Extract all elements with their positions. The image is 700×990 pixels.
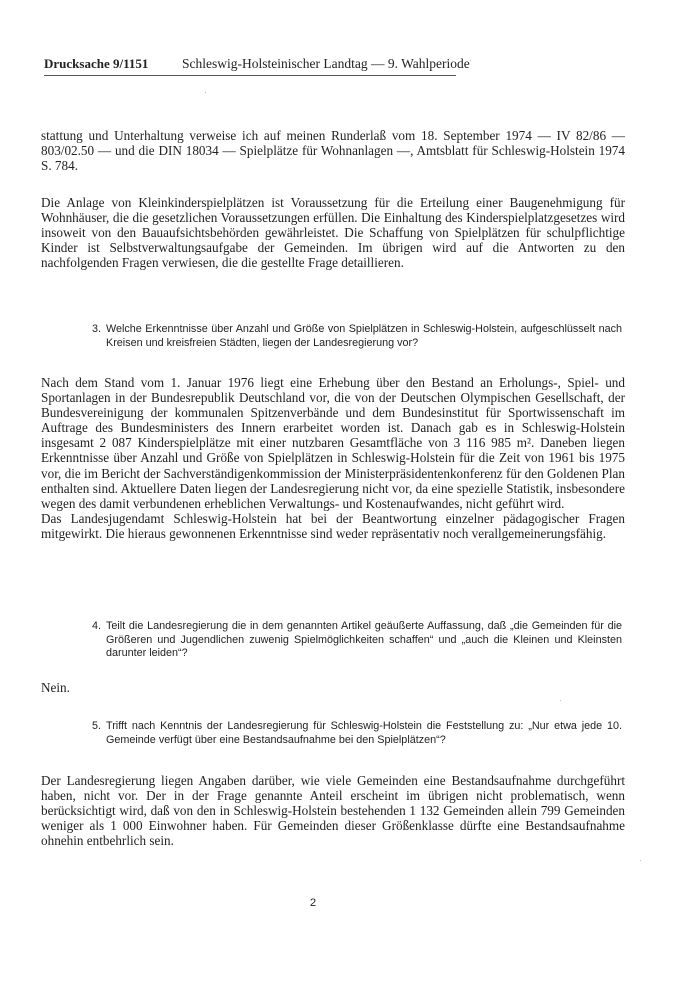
question-number: 4. (92, 620, 101, 634)
question-4: 4. Teilt die Landesregierung die in dem … (92, 620, 622, 661)
scan-speck (470, 60, 471, 61)
answer-4: Nein. (41, 680, 625, 695)
paragraph-text: Nein. (41, 680, 625, 695)
question-number: 5. (92, 720, 101, 734)
question-text: Trifft nach Kenntnis der Landesregierung… (106, 720, 622, 747)
question-5: 5. Trifft nach Kenntnis der Landesregier… (92, 720, 622, 747)
scan-speck (600, 460, 601, 461)
document-number: Drucksache 9/1151 (44, 56, 178, 72)
question-text: Teilt die Landesregierung die in dem gen… (106, 620, 622, 661)
paragraph-text: Das Landesjugendamt Schleswig-Holstein h… (41, 511, 625, 541)
scan-speck (205, 92, 206, 93)
scan-speck (640, 860, 641, 861)
scan-speck (520, 240, 521, 241)
answer-3: Nach dem Stand vom 1. Januar 1976 liegt … (41, 375, 625, 541)
scan-speck (560, 700, 561, 701)
paragraph-text: stattung und Unterhaltung verweise ich a… (41, 128, 625, 173)
paragraph-text: Nach dem Stand vom 1. Januar 1976 liegt … (41, 375, 625, 511)
paragraph-text: Der Landesregierung liegen Angaben darüb… (41, 773, 625, 848)
paragraph-text: Die Anlage von Kleinkinderspielplätzen i… (41, 195, 625, 270)
question-number: 3. (92, 323, 101, 337)
page-number: 2 (310, 897, 316, 909)
paragraph-continuation: stattung und Unterhaltung verweise ich a… (41, 128, 625, 173)
paragraph-playground-requirements: Die Anlage von Kleinkinderspielplätzen i… (41, 195, 625, 270)
header-title: Schleswig-Holsteinischer Landtag — 9. Wa… (182, 56, 470, 72)
question-3: 3. Welche Erkenntnisse über Anzahl und G… (92, 323, 622, 350)
question-text: Welche Erkenntnisse über Anzahl und Größ… (106, 323, 622, 350)
page-header: Drucksache 9/1151 Schleswig-Holsteinisch… (44, 56, 456, 76)
answer-5: Der Landesregierung liegen Angaben darüb… (41, 773, 625, 848)
